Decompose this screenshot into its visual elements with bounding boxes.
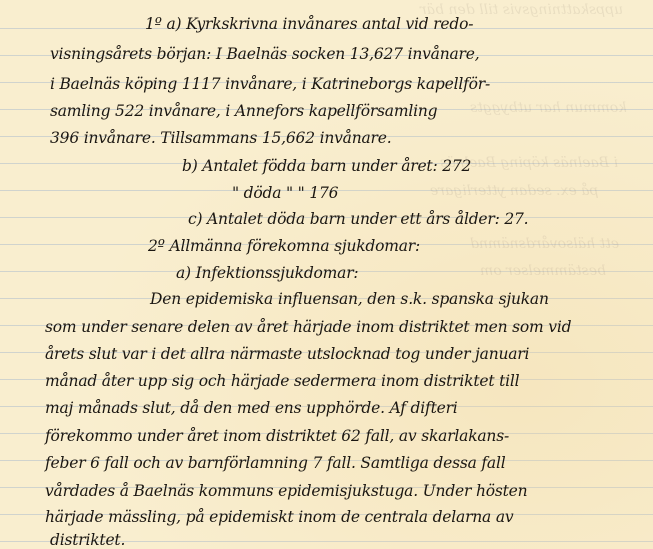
handwritten-line: månad åter upp sig och härjade sedermera…	[45, 371, 519, 391]
handwritten-line: årets slut var i det allra närmaste utsl…	[45, 344, 529, 364]
handwritten-line: härjade mässling, på epidemiskt inom de …	[45, 507, 513, 527]
handwritten-line: " döda " " 176	[232, 183, 338, 203]
bleed-through-text: kommun har utbyggts	[470, 100, 627, 116]
handwritten-line: visningsårets början: I Baelnäs socken 1…	[50, 44, 479, 64]
handwritten-line: 396 invånare. Tillsammans 15,662 invånar…	[50, 128, 391, 148]
bleed-through-text: bestämmelser om	[480, 263, 606, 279]
notebook-page: uppskattningsvis till den bärkommun har …	[0, 0, 653, 549]
handwritten-line: distriktet.	[50, 530, 125, 549]
handwritten-line: maj månads slut, då den med ens upphörde…	[45, 398, 458, 418]
handwritten-line: Den epidemiska influensan, den s.k. span…	[150, 289, 549, 309]
handwritten-line: samling 522 invånare, i Annefors kapellf…	[50, 101, 437, 121]
handwritten-line: a) Infektionssjukdomar:	[176, 263, 358, 283]
bleed-through-text: på ex. sedan ytterligare	[430, 183, 598, 199]
handwritten-line: vårdades å Baelnäs kommuns epidemisjukst…	[45, 481, 527, 501]
handwritten-line: feber 6 fall och av barnförlamning 7 fal…	[45, 453, 506, 473]
handwritten-line: 2º Allmänna förekomna sjukdomar:	[148, 236, 420, 256]
handwritten-line: förekommo under året inom distriktet 62 …	[45, 426, 509, 446]
handwritten-line: c) Antalet döda barn under ett års ålder…	[188, 209, 528, 229]
handwritten-line: i Baelnäs köping 1117 invånare, i Katrin…	[50, 74, 490, 94]
handwritten-line: 1º a) Kyrkskrivna invånares antal vid re…	[145, 14, 473, 34]
handwritten-line: b) Antalet födda barn under året: 272	[182, 156, 471, 176]
bleed-through-text: ett hälsovårdsnämnd	[470, 236, 619, 252]
handwritten-line: som under senare delen av året härjade i…	[45, 317, 571, 337]
